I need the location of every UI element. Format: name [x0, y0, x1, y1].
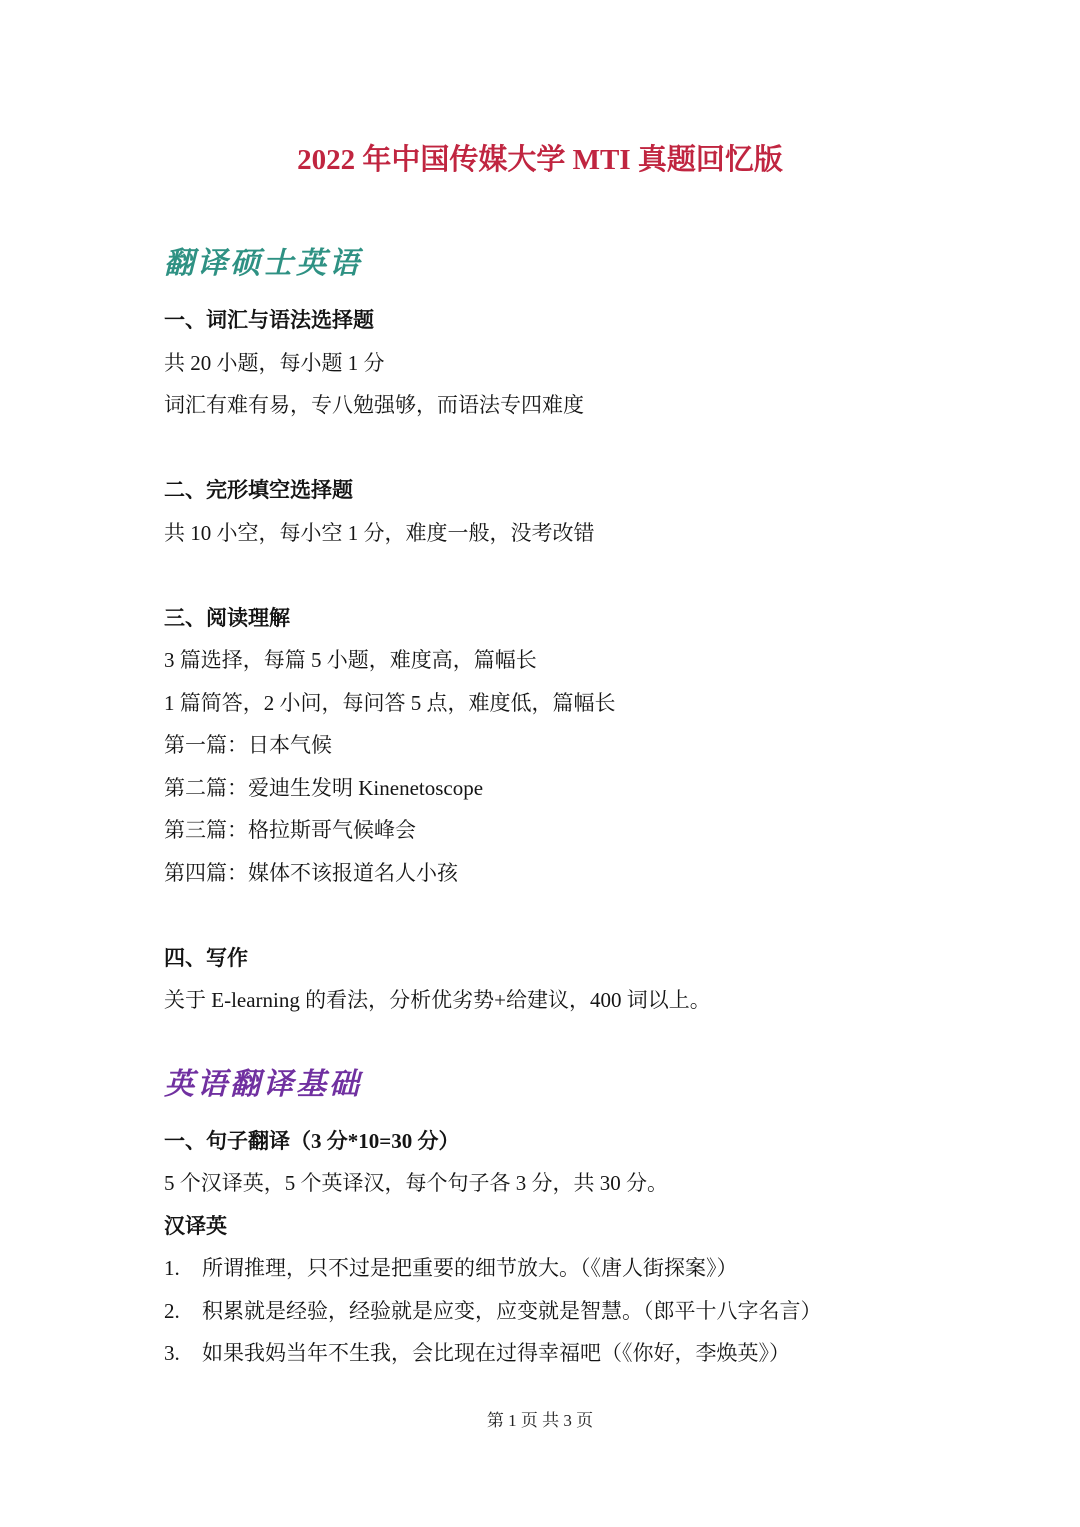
list-number: 2.	[164, 1290, 202, 1333]
list-item: 1.所谓推理，只不过是把重要的细节放大。（《唐人街探案》）	[164, 1247, 930, 1290]
paragraph: 第四篇：媒体不该报道名人小孩	[164, 852, 930, 895]
blank-line	[164, 894, 930, 937]
blank-line	[164, 554, 930, 597]
section-title: 三、阅读理解	[164, 597, 930, 640]
document-body: 翻译硕士英语一、词汇与语法选择题共 20 小题，每小题 1 分词汇有难有易，专八…	[0, 244, 1080, 1375]
paragraph: 第一篇：日本气候	[164, 724, 930, 767]
list-item: 2.积累就是经验，经验就是应变，应变就是智慧。（郎平十八字名言）	[164, 1290, 930, 1333]
part-heading: 翻译硕士英语	[164, 244, 930, 284]
document-part: 英语翻译基础一、句子翻译（3 分*10=30 分）5 个汉译英，5 个英译汉，每…	[164, 1065, 930, 1375]
paragraph: 5 个汉译英，5 个英译汉，每个句子各 3 分，共 30 分。	[164, 1162, 930, 1205]
section-title: 一、词汇与语法选择题	[164, 299, 930, 342]
document-title: 2022 年中国传媒大学 MTI 真题回忆版	[0, 0, 1080, 180]
list-text: 如果我妈当年不生我，会比现在过得幸福吧（《你好，李焕英》）	[202, 1332, 790, 1375]
list-item: 3.如果我妈当年不生我，会比现在过得幸福吧（《你好，李焕英》）	[164, 1332, 930, 1375]
section-title: 四、写作	[164, 937, 930, 980]
document-part: 翻译硕士英语一、词汇与语法选择题共 20 小题，每小题 1 分词汇有难有易，专八…	[164, 244, 930, 1022]
list-text: 积累就是经验，经验就是应变，应变就是智慧。（郎平十八字名言）	[202, 1290, 822, 1333]
list-number: 1.	[164, 1247, 202, 1290]
blank-line	[164, 427, 930, 470]
section-title: 一、句子翻译（3 分*10=30 分）	[164, 1120, 930, 1163]
list-number: 3.	[164, 1332, 202, 1375]
paragraph: 关于 E-learning 的看法，分析优劣势+给建议，400 词以上。	[164, 979, 930, 1022]
section-title: 二、完形填空选择题	[164, 469, 930, 512]
paragraph: 第二篇：爱迪生发明 Kinenetoscope	[164, 767, 930, 810]
document-page: 2022 年中国传媒大学 MTI 真题回忆版 翻译硕士英语一、词汇与语法选择题共…	[0, 0, 1080, 1527]
section-title: 汉译英	[164, 1205, 930, 1248]
page-footer: 第 1 页 共 3 页	[0, 1410, 1080, 1432]
paragraph: 共 10 小空，每小空 1 分，难度一般，没考改错	[164, 512, 930, 555]
paragraph: 3 篇选择，每篇 5 小题，难度高，篇幅长	[164, 639, 930, 682]
list-text: 所谓推理，只不过是把重要的细节放大。（《唐人街探案》）	[202, 1247, 738, 1290]
paragraph: 第三篇：格拉斯哥气候峰会	[164, 809, 930, 852]
paragraph: 1 篇简答，2 小问，每问答 5 点，难度低，篇幅长	[164, 682, 930, 725]
part-heading: 英语翻译基础	[164, 1065, 930, 1105]
paragraph: 共 20 小题，每小题 1 分	[164, 342, 930, 385]
paragraph: 词汇有难有易，专八勉强够，而语法专四难度	[164, 384, 930, 427]
